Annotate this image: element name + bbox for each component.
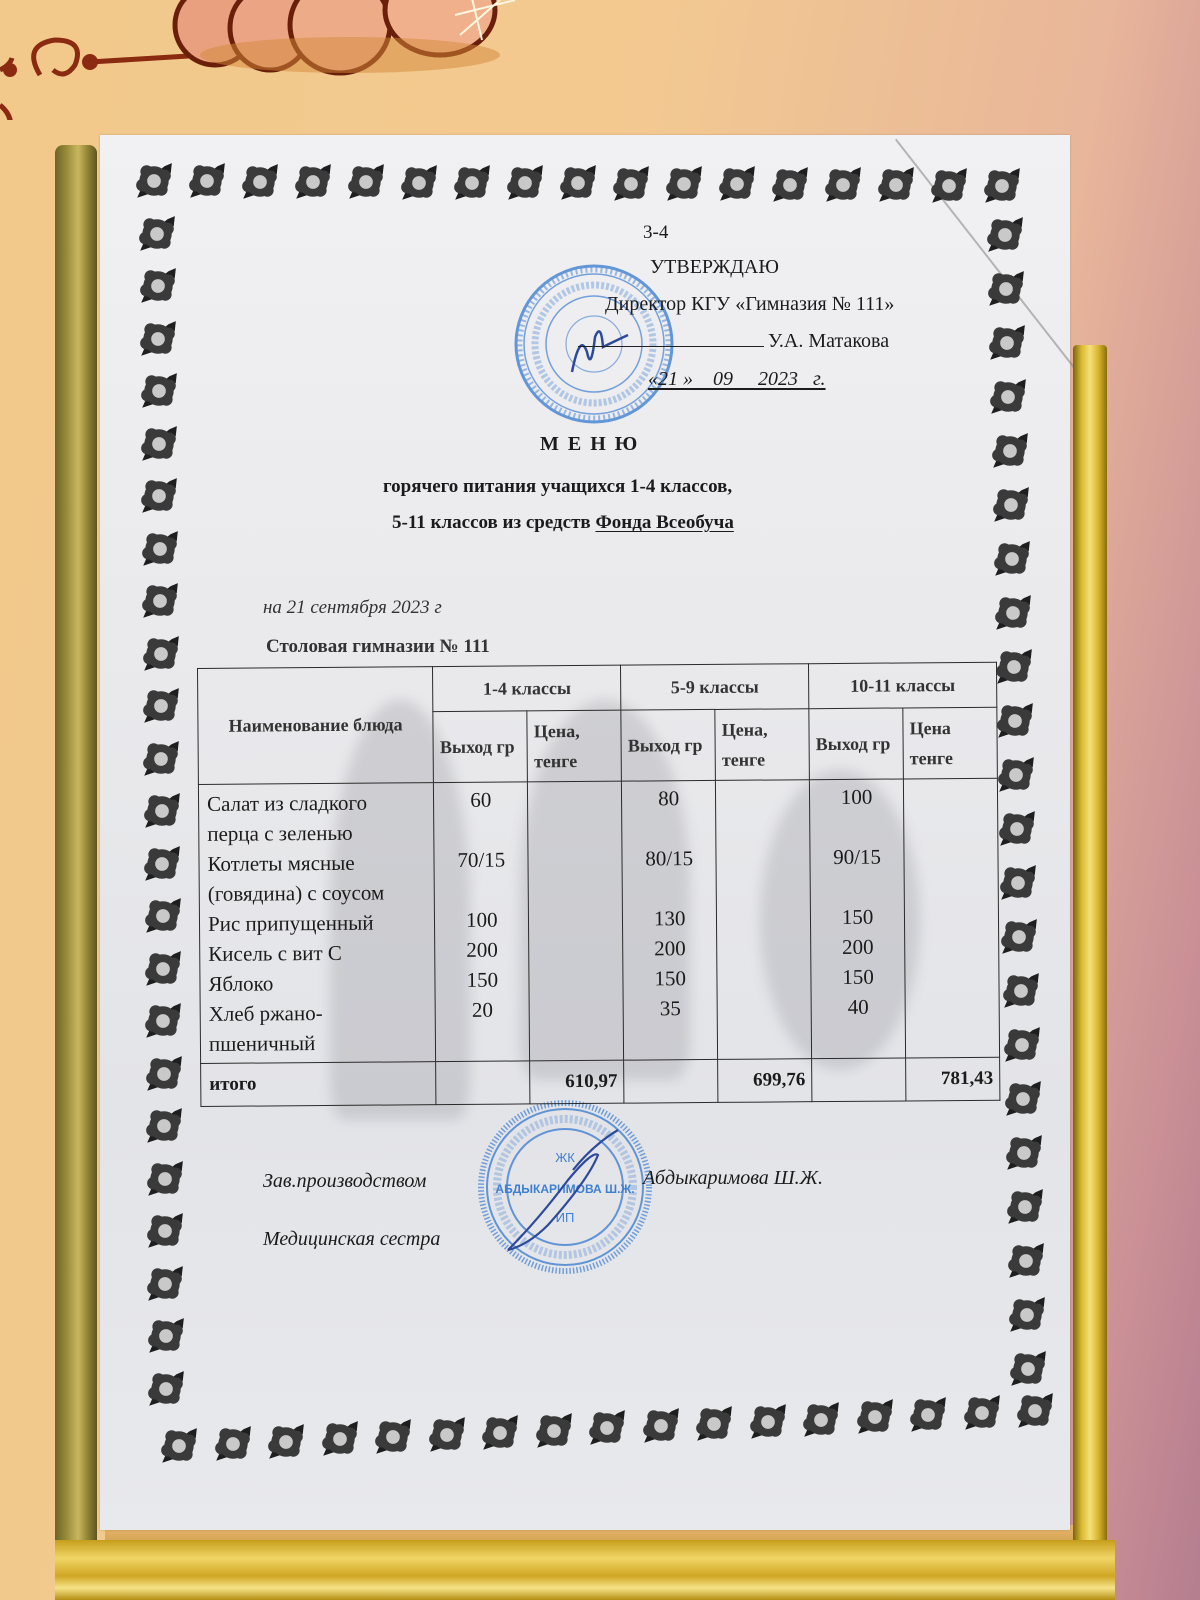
group-header-5-9: 5-9 классы [621,664,809,710]
menu-title: М Е Н Ю [540,433,639,456]
price-header-10-11: Цена тенге [903,707,998,779]
yield-value: 200 [624,933,715,964]
menu-subtitle-line2: 5-11 классов из средств Фонда Всеобуча [392,512,734,534]
dish-name-line: (говядина) с соусом [208,877,427,909]
dish-names-cell: Салат из сладкогоперца с зеленьюКотлеты … [198,783,436,1064]
yield-header-5-9: Выход гр [621,709,715,781]
dish-name-line: перца с зеленью [207,817,426,849]
yield-value [436,874,527,905]
fund-name: Фонда Всеобуча [595,512,733,533]
price-header-1-4: Цена, тенге [527,710,621,782]
yield-value: 150 [812,901,903,932]
dish-name-line: Котлеты мясные [207,847,426,879]
group-header-10-11: 10-11 классы [809,662,997,708]
menu-subtitle-line1: горячего питания учащихся 1-4 классов, [383,476,732,498]
yield-value [624,873,715,904]
total-price-5-9: 699,76 [718,1059,812,1103]
dish-name-line: Кисель с вит С [208,937,427,969]
production-head-name: Абдыкаримова Ш.Ж. [643,1167,823,1190]
price-cell-1-4 [528,781,624,1061]
yield-cell-1-4: 6070/1510020015020 [434,782,530,1062]
approval-date: «21 » 09 2023 г. [648,368,826,391]
yield-value: 35 [625,993,716,1024]
approval-signatory: У.А. Матакова [768,330,889,352]
yield-value: 80 [623,783,714,814]
total-yield-1-4 [436,1061,530,1105]
approval-signature-line: У.А. Матакова [578,330,889,353]
yield-value [812,871,903,902]
subtitle-prefix: 5-11 классов из средств [392,512,595,533]
approval-heading: УТВЕРЖДАЮ [650,256,779,279]
table-row: Салат из сладкогоперца с зеленьюКотлеты … [198,778,999,1063]
yield-value: 150 [625,963,716,994]
yield-cell-10-11: 10090/1515020015040 [809,779,905,1059]
yield-value [811,811,902,842]
dish-name-line: Хлеб ржано- [209,997,428,1029]
total-yield-10-11 [812,1058,906,1102]
signature-underline [578,346,764,347]
yield-value: 100 [436,904,527,935]
price-cell-10-11 [903,778,999,1058]
canteen-name: Столовая гимназии № 111 [266,636,490,658]
price-cell-5-9 [716,780,812,1060]
yield-value: 80/15 [624,843,715,874]
yield-value: 200 [436,934,527,965]
yield-value: 200 [812,931,903,962]
total-yield-5-9 [624,1059,718,1103]
price-header-5-9: Цена, тенге [715,709,809,781]
menu-date: на 21 сентября 2023 г [263,597,442,619]
yield-value [436,814,527,845]
yield-value: 150 [437,964,528,995]
approval-position: Директор КГУ «Гимназия № 111» [605,293,894,316]
yield-value: 40 [813,991,904,1022]
document-number: 3-4 [643,222,668,244]
yield-value: 20 [437,994,528,1025]
group-header-1-4: 1-4 классы [433,665,621,711]
dish-name-line: Яблоко [208,967,427,999]
yield-header-10-11: Выход гр [809,708,903,780]
yield-value: 100 [811,781,902,812]
yield-value: 90/15 [811,841,902,872]
total-row: итого 610,97 699,76 781,43 [201,1057,1000,1106]
yield-value: 60 [435,784,526,815]
total-price-10-11: 781,43 [906,1057,1000,1101]
dish-name-line: пшеничный [209,1027,428,1059]
yield-value: 150 [812,961,903,992]
nurse-label: Медицинская сестра [263,1228,440,1251]
dish-name-line: Рис припущенный [208,907,427,939]
yield-header-1-4: Выход гр [433,711,527,783]
yield-value: 130 [624,903,715,934]
production-head-label: Зав.производством [263,1170,426,1193]
yield-value: 70/15 [436,844,527,875]
total-price-1-4: 610,97 [530,1060,624,1104]
yield-cell-5-9: 8080/1513020015035 [622,780,718,1060]
menu-table: Наименование блюда 1-4 классы 5-9 классы… [197,662,1000,1107]
yield-value [623,813,714,844]
total-label: итого [201,1062,437,1107]
dish-name-header: Наименование блюда [198,667,434,785]
dish-name-line: Салат из сладкого [207,787,426,819]
